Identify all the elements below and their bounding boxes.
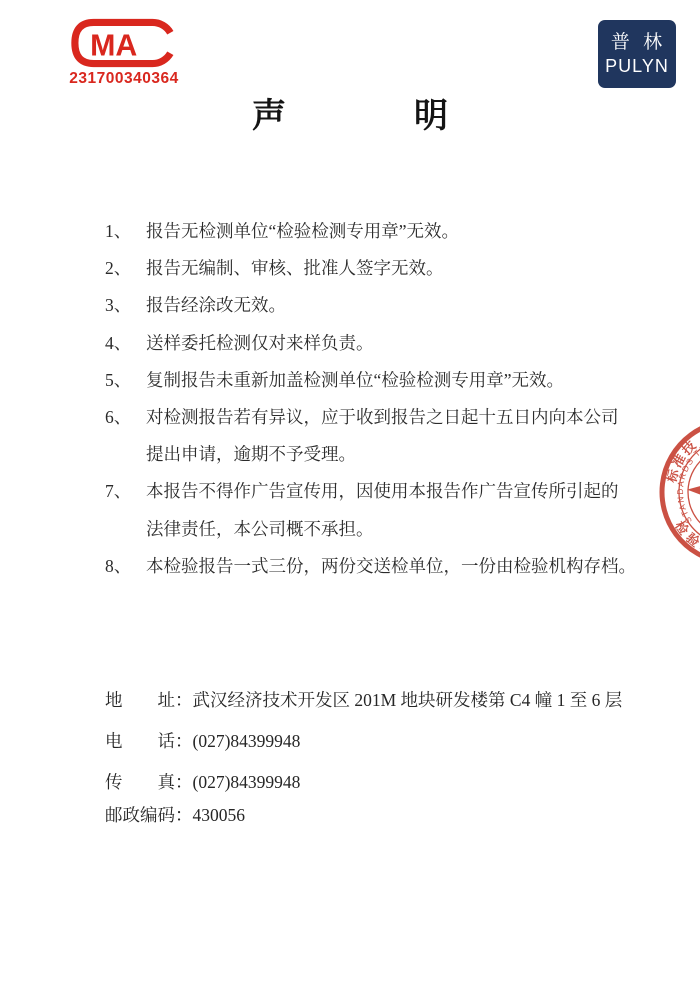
item-text: 复制报告未重新加盖检测单位“检验检测专用章”无效。	[146, 370, 564, 390]
statement-item-4: 4、送样委托检测仅对来样负责。	[105, 325, 665, 362]
statement-item-3: 3、报告经涂改无效。	[105, 287, 665, 324]
seal-english-text: STANDARDS TE	[662, 441, 700, 526]
statement-item-7-line-2: 法律责任，本公司概不承担。	[105, 511, 665, 548]
statement-item-1: 1、报告无检测单位“检验检测专用章”无效。	[105, 213, 665, 250]
address-label: 地 址：	[105, 690, 193, 710]
pulyn-logo: 普 林 PULYN	[598, 20, 676, 88]
item-text: 对检测报告若有异议，应于收到报告之日起十五日内向本公司	[146, 407, 619, 427]
item-number: 7、	[105, 473, 146, 510]
cma-ma-letters: MA	[90, 30, 137, 63]
page-title: 声 明	[0, 88, 700, 137]
item-text: 报告经涂改无效。	[146, 295, 286, 315]
item-text: 报告无编制、审核、批准人签字无效。	[146, 258, 444, 278]
statement-item-6-line-2: 提出申请，逾期不予受理。	[105, 436, 665, 473]
contact-postcode-row: 邮政编码：430056	[105, 805, 665, 825]
statement-item-7: 7、本报告不得作广告宣传用，因使用本报告作广告宣传所引起的	[105, 473, 665, 510]
item-number: 3、	[105, 287, 146, 324]
item-text: 送样委托检测仅对来样负责。	[146, 333, 374, 353]
statement-item-6: 6、对检测报告若有异议，应于收到报告之日起十五日内向本公司	[105, 399, 665, 436]
fax-label: 传 真：	[105, 772, 193, 792]
cma-logo-icon: MA	[70, 18, 178, 68]
contact-address-row: 地 址：武汉经济技术开发区 201M 地块研发楼第 C4 幢 1 至 6 层	[105, 690, 665, 710]
contact-phone-row: 电 话：(027)84399948	[105, 731, 665, 751]
statement-item-2: 2、报告无编制、审核、批准人签字无效。	[105, 250, 665, 287]
pulyn-chinese-label: 普 林	[611, 31, 663, 55]
fax-value: (027)84399948	[193, 772, 301, 792]
address-value: 武汉经济技术开发区 201M 地块研发楼第 C4 幢 1 至 6 层	[193, 690, 623, 710]
item-number: 4、	[105, 325, 146, 362]
postcode-label: 邮政编码：	[105, 805, 193, 825]
item-text: 本报告不得作广告宣传用，因使用本报告作广告宣传所引起的	[146, 481, 619, 501]
item-number: 6、	[105, 399, 146, 436]
item-number: 2、	[105, 250, 146, 287]
pulyn-english-label: PULYN	[605, 55, 669, 77]
contact-info: 地 址：武汉经济技术开发区 201M 地块研发楼第 C4 幢 1 至 6 层 电…	[105, 690, 665, 846]
item-text: 本检验报告一式三份，两份交送检单位，一份由检验机构存档。	[146, 556, 636, 576]
item-text: 报告无检测单位“检验检测专用章”无效。	[146, 221, 459, 241]
item-number: 8、	[105, 548, 146, 585]
inspection-seal-stamp: 标 准 技 STANDARDS TE 检 验 检	[653, 412, 700, 572]
cma-mark: MA 231700340364	[62, 18, 186, 88]
contact-fax-row: 传 真：(027)84399948	[105, 772, 665, 792]
item-number: 5、	[105, 362, 146, 399]
cma-certificate-number: 231700340364	[62, 70, 186, 88]
postcode-value: 430056	[193, 805, 246, 825]
phone-value: (027)84399948	[193, 731, 301, 751]
statement-list: 1、报告无检测单位“检验检测专用章”无效。 2、报告无编制、审核、批准人签字无效…	[105, 213, 665, 585]
item-text: 法律责任，本公司概不承担。	[146, 519, 374, 539]
statement-page: MA 231700340364 普 林 PULYN 声 明 1、报告无检测单位“…	[0, 0, 700, 989]
title-char-1: 声	[252, 88, 286, 137]
phone-label: 电 话：	[105, 731, 193, 751]
item-text: 提出申请，逾期不予受理。	[146, 444, 356, 464]
statement-item-5: 5、复制报告未重新加盖检测单位“检验检测专用章”无效。	[105, 362, 665, 399]
item-number: 1、	[105, 213, 146, 250]
title-char-2: 明	[414, 88, 448, 137]
statement-item-8: 8、本检验报告一式三份，两份交送检单位，一份由检验机构存档。	[105, 548, 665, 585]
